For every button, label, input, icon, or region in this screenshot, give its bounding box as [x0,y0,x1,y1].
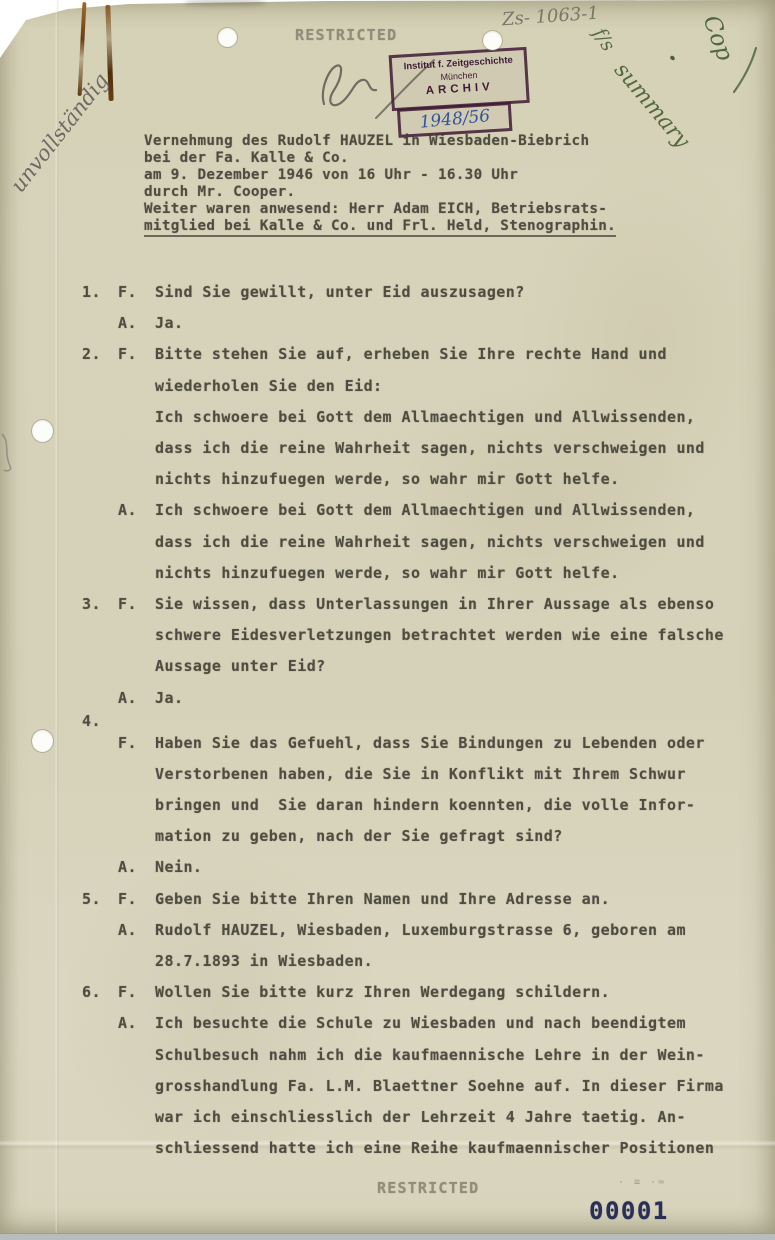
qa-line: A.Rudolf HAUZEL, Wiesbaden, Luxemburgstr… [0,921,775,952]
qa-speaker-letter: F. [118,890,137,908]
qa-speaker-letter: A. [118,858,137,876]
qa-item-number: 5. [82,890,101,908]
qa-text: grosshandlung Fa. L.M. Blaettner Soehne … [155,1077,724,1095]
qa-speaker-letter: A. [118,501,137,519]
scanned-document-page: RESTRICTED RESTRICTED Institut f. Zeitge… [0,0,775,1240]
qa-text: Aussage unter Eid? [155,657,326,675]
qa-item-number: 1. [82,283,101,301]
qa-line: 28.7.1893 in Wiesbaden. [0,952,775,983]
qa-line: mation zu geben, nach der Sie gefragt si… [0,827,775,858]
qa-speaker-letter: A. [118,689,137,707]
qa-line: war ich einschliesslich der Lehrzeit 4 J… [0,1108,775,1139]
qa-text: schliessend hatte ich eine Reihe kaufmae… [155,1139,714,1157]
qa-text: Rudolf HAUZEL, Wiesbaden, Luxemburgstras… [155,921,686,939]
qa-line: Ich schwoere bei Gott dem Allmaechtigen … [0,408,775,439]
qa-line: A.Ich besuchte die Schule zu Wiesbaden u… [0,1014,775,1045]
qa-text: Ja. [155,689,183,707]
qa-text: dass ich die reine Wahrheit sagen, nicht… [155,439,705,457]
qa-item-number: 3. [82,595,101,613]
qa-text: mation zu geben, nach der Sie gefragt si… [155,827,563,845]
qa-text: Ich besuchte die Schule zu Wiesbaden und… [155,1014,686,1032]
qa-text: Ich schwoere bei Gott dem Allmaechtigen … [155,501,695,519]
punch-hole [32,730,53,752]
qa-line: schwere Eidesverletzungen betrachtet wer… [0,626,775,657]
qa-line: wiederholen Sie den Eid: [0,377,775,408]
qa-line: grosshandlung Fa. L.M. Blaettner Soehne … [0,1077,775,1108]
qa-line: F.Haben Sie das Gefuehl, dass Sie Bindun… [0,734,775,765]
qa-speaker-letter: A. [118,314,137,332]
qa-line: nichts hinzufuegen werde, so wahr mir Go… [0,564,775,595]
qa-text: bringen und Sie daran hindern koennten, … [155,796,695,814]
punch-hole [32,420,53,442]
qa-speaker-letter: F. [118,283,137,301]
qa-text: Haben Sie das Gefuehl, dass Sie Bindunge… [155,734,705,752]
qa-text: war ich einschliesslich der Lehrzeit 4 J… [155,1108,686,1126]
qa-text: nichts hinzufuegen werde, so wahr mir Go… [155,470,620,488]
punch-hole [483,31,502,50]
qa-line: A.Ich schwoere bei Gott dem Allmaechtige… [0,501,775,532]
qa-line: dass ich die reine Wahrheit sagen, nicht… [0,533,775,564]
qa-text: Wollen Sie bitte kurz Ihren Werdegang sc… [155,983,610,1001]
qa-item-number: 6. [82,983,101,1001]
qa-speaker-letter: F. [118,983,137,1001]
qa-speaker-letter: A. [118,921,137,939]
qa-text: schwere Eidesverletzungen betrachtet wer… [155,626,724,644]
qa-speaker-letter: F. [118,734,137,752]
qa-line: 3.F.Sie wissen, dass Unterlassungen in I… [0,595,775,626]
qa-line: A.Ja. [0,314,775,345]
qa-text: Schulbesuch nahm ich die kaufmaennische … [155,1046,705,1064]
qa-line: A.Nein. [0,858,775,889]
qa-line: dass ich die reine Wahrheit sagen, nicht… [0,439,775,470]
qa-speaker-letter: A. [118,1014,137,1032]
page-number-stamp: 00001 [589,1197,669,1225]
qa-line: Schulbesuch nahm ich die kaufmaennische … [0,1046,775,1077]
qa-text: Nein. [155,858,202,876]
qa-text: Bitte stehen Sie auf, erheben Sie Ihre r… [155,345,667,363]
qa-line: bringen und Sie daran hindern koennten, … [0,796,775,827]
qa-text: 28.7.1893 in Wiesbaden. [155,952,373,970]
qa-line: 5.F.Geben Sie bitte Ihren Namen und Ihre… [0,890,775,921]
qa-transcript: 1.F.Sind Sie gewillt, unter Eid auszusag… [0,0,775,1233]
qa-text: Sind Sie gewillt, unter Eid auszusagen? [155,283,525,301]
qa-text: dass ich die reine Wahrheit sagen, nicht… [155,533,705,551]
qa-text: Ich schwoere bei Gott dem Allmaechtigen … [155,408,695,426]
qa-item-number: 2. [82,345,101,363]
qa-text: nichts hinzufuegen werde, so wahr mir Go… [155,564,620,582]
qa-text: Sie wissen, dass Unterlassungen in Ihrer… [155,595,714,613]
qa-line: 1.F.Sind Sie gewillt, unter Eid auszusag… [0,283,775,314]
qa-speaker-letter: F. [118,345,137,363]
qa-line: nichts hinzufuegen werde, so wahr mir Go… [0,470,775,501]
qa-line: Verstorbenen haben, die Sie in Konflikt … [0,765,775,796]
qa-line: 6.F.Wollen Sie bitte kurz Ihren Werdegan… [0,983,775,1014]
qa-text: Geben Sie bitte Ihren Namen und Ihre Adr… [155,890,610,908]
qa-speaker-letter: F. [118,595,137,613]
qa-item-number: 4. [82,712,101,730]
scanner-edge [0,1233,775,1240]
punch-hole [218,28,237,47]
qa-text: Verstorbenen haben, die Sie in Konflikt … [155,765,686,783]
qa-line: 2.F.Bitte stehen Sie auf, erheben Sie Ih… [0,345,775,376]
qa-text: wiederholen Sie den Eid: [155,377,383,395]
qa-line: Aussage unter Eid? [0,657,775,688]
qa-line: schliessend hatte ich eine Reihe kaufmae… [0,1139,775,1170]
qa-text: Ja. [155,314,183,332]
